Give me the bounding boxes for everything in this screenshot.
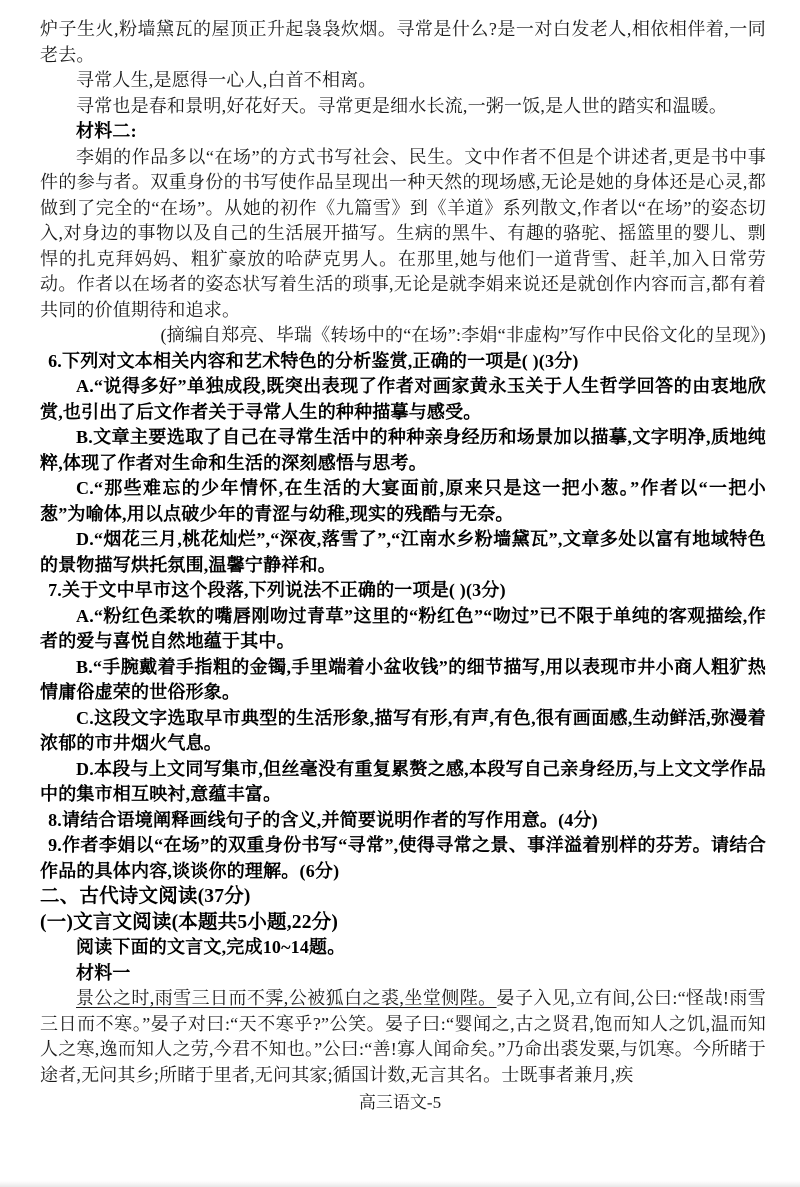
question-7-option-c: C.这段文字选取早市典型的生活形象,描写有形,有声,有色,很有画面感,生动鲜活,…: [40, 706, 766, 757]
question-9-stem: 9.作者李娟以“在场”的双重身份书写“寻常”,使得寻常之景、事洋溢着别样的芬芳。…: [40, 833, 766, 884]
essay-paragraph-3: 寻常也是春和景明,好花好天。寻常更是细水长流,一粥一饭,是人世的踏实和温暖。: [40, 94, 766, 120]
section-2-heading: 二、古代诗文阅读(37分): [40, 884, 766, 910]
question-6-option-a: A.“说得多好”单独成段,既突出表现了作者对画家黄永玉关于人生哲学回答的由衷地欣…: [40, 374, 766, 425]
question-7-stem: 7.关于文中早市这个段落,下列说法不正确的一项是( )(3分): [40, 578, 766, 604]
question-6-option-c: C.“那些难忘的少年情怀,在生活的大宴面前,原来只是这一把小葱。”作者以“一把小…: [40, 476, 766, 527]
essay-paragraph-2: 寻常人生,是愿得一心人,白首不相离。: [40, 68, 766, 94]
classical-passage: 景公之时,雨雪三日而不霁,公被狐白之裘,坐堂侧陛。晏子入见,立有间,公曰:“怪哉…: [40, 986, 766, 1088]
scan-bottom-shadow: [0, 1181, 800, 1187]
question-6-option-d: D.“烟花三月,桃花灿烂”,“深夜,落雪了”,“江南水乡粉墙黛瓦”,文章多处以富…: [40, 527, 766, 578]
question-7-option-d: D.本段与上文同写集市,但丝毫没有重复累赘之感,本段写自己亲身经历,与上文文学作…: [40, 757, 766, 808]
question-6-option-b: B.文章主要选取了自己在寻常生活中的种种亲身经历和场景加以描摹,文字明净,质地纯…: [40, 425, 766, 476]
classical-text-tail: ,无言其名。士既事者兼月,疾: [406, 1065, 634, 1085]
emphasis-dot-char: 数: [387, 1065, 405, 1085]
exam-page-content: 炉子生火,粉墙黛瓦的屋顶正升起袅袅炊烟。寻常是什么?是一对白发老人,相依相伴着,…: [40, 17, 766, 1088]
question-6-stem: 6.下列对文本相关内容和艺术特色的分析鉴赏,正确的一项是( )(3分): [40, 349, 766, 375]
section-2-subheading: (一)文言文阅读(本题共5小题,22分): [40, 910, 766, 936]
source-attribution: (摘编自郑亮、毕瑞《转场中的“在场”:李娟“非虚构”写作中民俗文化的呈现》): [40, 323, 766, 349]
underlined-sentence: 景公之时,雨雪三日而不霁,公被狐白之裘,坐堂侧陛。: [76, 988, 497, 1008]
material-2-heading: 材料二:: [40, 119, 766, 145]
question-7-option-a: A.“粉红色柔软的嘴唇刚吻过青草”这里的“粉红色”“吻过”已不限于单纯的客观描绘…: [40, 604, 766, 655]
question-8-stem: 8.请结合语境阐释画线句子的含义,并简要说明作者的写作用意。(4分): [40, 808, 766, 834]
question-7-option-b: B.“手腕戴着手指粗的金镯,手里端着小盆收钱”的细节描写,用以表现市井小商人粗犷…: [40, 655, 766, 706]
page-footer: 高三语文-5: [0, 1088, 800, 1113]
material-2-paragraph: 李娟的作品多以“在场”的方式书写社会、民生。文中作者不但是个讲述者,更是书中事件…: [40, 145, 766, 324]
material-1-heading: 材料一: [40, 961, 766, 987]
essay-continuation-paragraph: 炉子生火,粉墙黛瓦的屋顶正升起袅袅炊烟。寻常是什么?是一对白发老人,相依相伴着,…: [40, 17, 766, 68]
reading-instruction: 阅读下面的文言文,完成10~14题。: [40, 935, 766, 961]
